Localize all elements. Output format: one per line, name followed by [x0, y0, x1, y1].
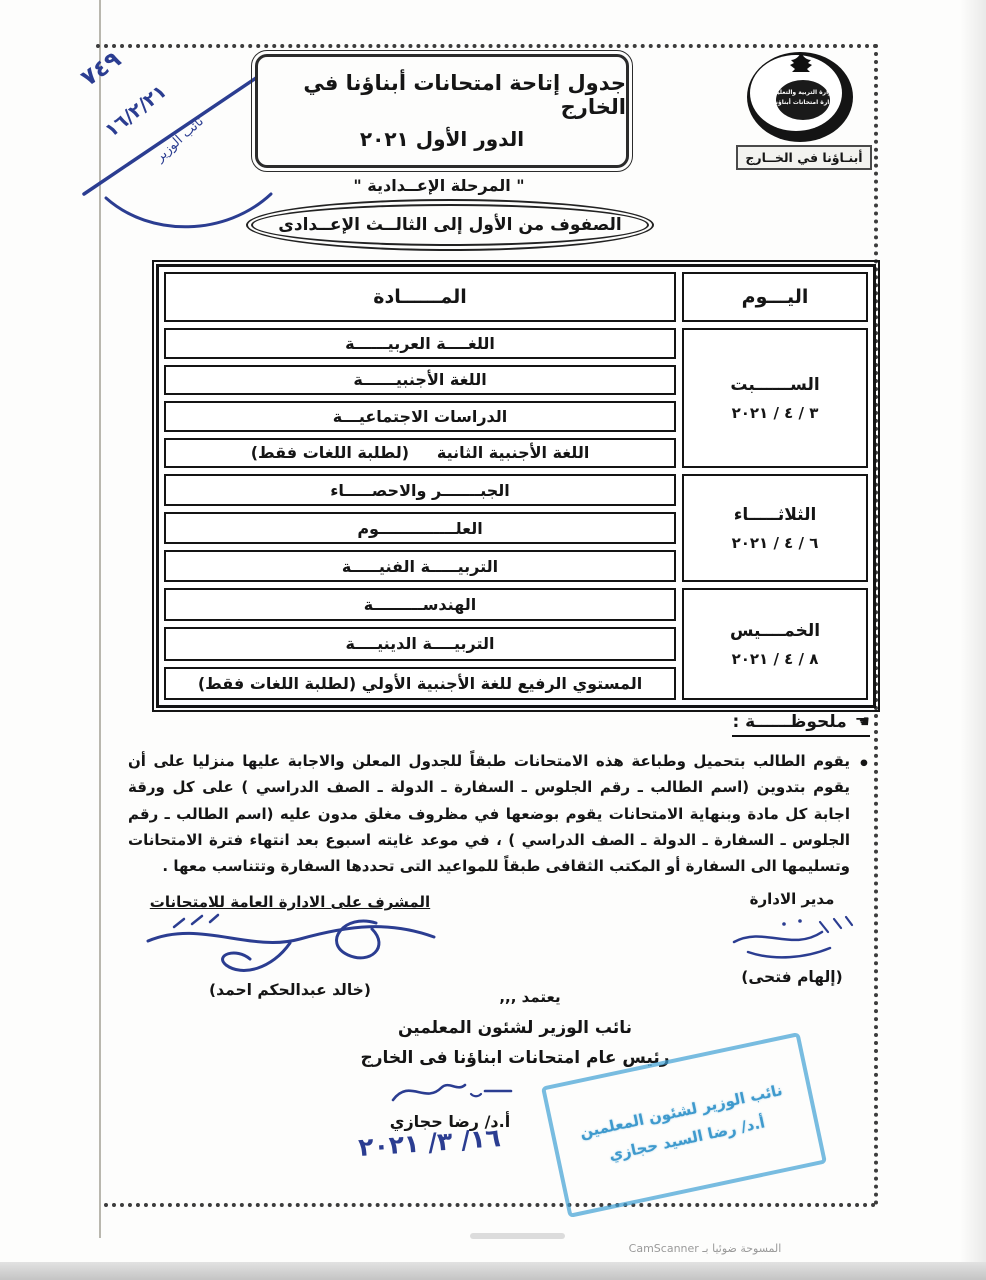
note-paragraph: • يقوم الطالب بتحميل وطباعة هذه الامتحان… [128, 748, 872, 879]
subject-cell: اللغة الأجنبية الثانية (لطلبة اللغات فقط… [164, 438, 676, 469]
subject-cell: العلــــــــــــــوم [164, 512, 676, 544]
camscanner-watermark: المسوحة ضوئيا بـ CamScanner [600, 1242, 810, 1255]
deputy-title-1: نائب الوزير لشئون المعلمين [355, 1018, 675, 1038]
table-row-thursday: الخمــــيس ٨ / ٤ / ٢٠٢١ الهندســـــــــة… [164, 588, 868, 700]
director-title: مدير الادارة [702, 890, 882, 908]
stage-label: " المرحلة الإعــدادية " [255, 176, 623, 195]
director-signature-block: مدير الادارة (إلهام فتحى) [702, 890, 882, 986]
subject-cell: المستوي الرفيع للغة الأجنبية الأولي (لطل… [164, 667, 676, 700]
director-signature-icon [722, 908, 862, 964]
subject-cell: اللغــــة العربيــــــة [164, 328, 676, 359]
pointing-hand-icon: ☚ [855, 712, 870, 732]
table-header-row: اليـــوم المــــــادة [164, 272, 868, 322]
exam-schedule-table: اليـــوم المــــــادة الســــــبت ٣ / ٤ … [156, 264, 876, 708]
table-row-saturday: الســــــبت ٣ / ٤ / ٢٠٢١ اللغــــة العرب… [164, 328, 868, 468]
day-cell: الثلاثـــــاء ٦ / ٤ / ٢٠٢١ [682, 474, 868, 582]
supervisor-signature-block: المشرف على الادارة العامة للامتحانات (خا… [128, 893, 452, 999]
note-paragraph-text: يقوم الطالب بتحميل وطباعة هذه الامتحانات… [128, 752, 850, 875]
subject-cell: الدراسات الاجتماعيـــة [164, 401, 676, 432]
deputy-signature-icon [385, 1074, 515, 1112]
emblem-text-line1: وزارة التربية والتعليم [765, 88, 843, 98]
deputy-title-2: رئيس عام امتحانات ابناؤنا فى الخارج [340, 1048, 690, 1068]
day-date: ٦ / ٤ / ٢٠٢١ [732, 534, 819, 552]
day-date: ٣ / ٤ / ٢٠٢١ [732, 404, 819, 422]
subject-cell: اللغة الأجنبيــــــة [164, 365, 676, 396]
note-heading: ☚ ملحوظــــــة : [732, 712, 870, 737]
bullet-icon: • [858, 748, 870, 781]
document-title-box: جدول إتاحة امتحانات أبناؤنا في الخارج ال… [255, 54, 629, 168]
supervisor-signature-icon [140, 911, 440, 977]
page-edge-shadow [960, 0, 986, 1280]
scan-smudge [470, 1233, 565, 1239]
day-cell: الســــــبت ٣ / ٤ / ٢٠٢١ [682, 328, 868, 468]
day-name: الخمــــيس [730, 621, 820, 641]
document-title-line2: الدور الأول ٢٠٢١ [360, 127, 524, 151]
grades-banner: الصفوف من الأول إلى الثالــث الإعــدادى [246, 199, 654, 251]
subject-stack: اللغــــة العربيــــــة اللغة الأجنبيـــ… [164, 328, 676, 468]
subject-cell: الجبـــــــر والاحصـــــاء [164, 474, 676, 506]
day-date: ٨ / ٤ / ٢٠٢١ [732, 650, 819, 668]
subject-stack: الجبـــــــر والاحصـــــاء العلـــــــــ… [164, 474, 676, 582]
day-name: الثلاثـــــاء [734, 505, 817, 525]
director-name: (إلهام فتحى) [702, 968, 882, 986]
ministry-emblem-text: وزارة التربية والتعليم إدارة امتحانات أب… [765, 88, 843, 107]
supervisor-title: المشرف على الادارة العامة للامتحانات [128, 893, 452, 911]
day-cell: الخمــــيس ٨ / ٤ / ٢٠٢١ [682, 588, 868, 700]
subject-stack: الهندســـــــــة التربيــــة الدينيــــة… [164, 588, 676, 700]
document-title-line1: جدول إتاحة امتحانات أبناؤنا في الخارج [258, 71, 626, 119]
emblem-caption: أبنـاؤنا في الخــارج [736, 145, 872, 170]
emblem-text-line2: إدارة امتحانات أبناؤنا [765, 98, 843, 108]
grades-banner-text: الصفوف من الأول إلى الثالــث الإعــدادى [251, 204, 649, 246]
bottom-scan-bar [0, 1262, 986, 1280]
subject-cell: التربيـــــة الفنيـــــة [164, 550, 676, 582]
subject-column-header: المــــــادة [164, 272, 676, 322]
table-row-tuesday: الثلاثـــــاء ٦ / ٤ / ٢٠٢١ الجبـــــــر … [164, 474, 868, 582]
subject-cell: الهندســـــــــة [164, 588, 676, 621]
scanned-document-page: ٧٤٩ ١٦/٢/٢١ نائب الوزير جدول إتاحة امتحا… [0, 0, 986, 1280]
note-heading-text: ملحوظــــــة : [732, 712, 846, 732]
perforation-bottom [104, 1203, 876, 1207]
supervisor-name: (خالد عبدالحكم احمد) [128, 981, 452, 999]
approval-label: يعتمد ,,, [440, 988, 620, 1006]
subject-cell: التربيــــة الدينيــــة [164, 627, 676, 660]
day-column-header: اليـــوم [682, 272, 868, 322]
day-name: الســــــبت [730, 375, 819, 395]
handwritten-date: ١٦/ ٣/ ٢٠٢١ [321, 1121, 537, 1165]
